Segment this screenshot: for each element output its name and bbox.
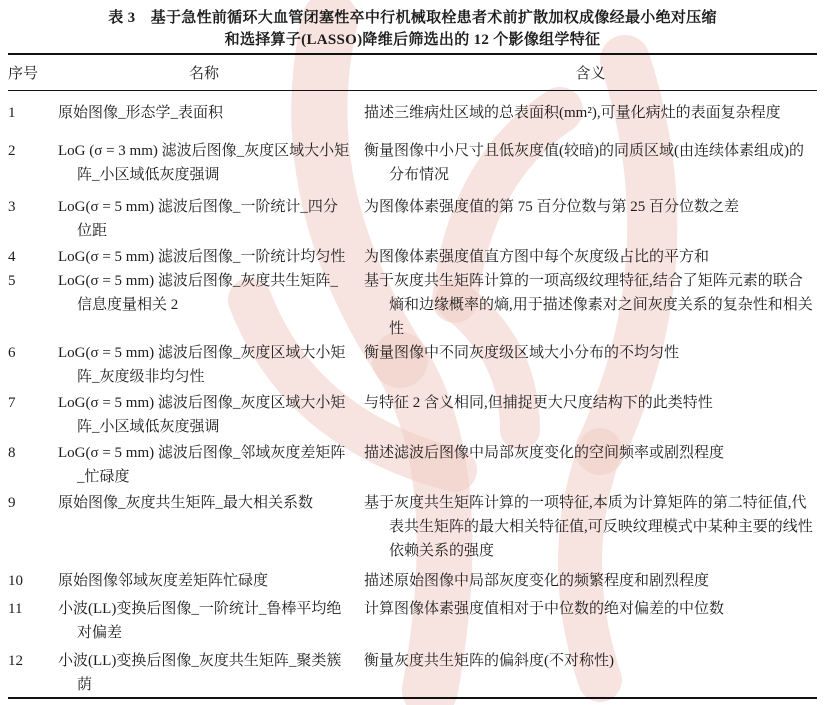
feature-name: 原始图像邻域灰度差矩阵忙碌度: [58, 569, 350, 593]
feature-name: LoG(σ = 5 mm) 滤波后图像_一阶统计均匀性: [58, 245, 350, 269]
feature-meaning: 基于灰度共生矩阵计算的一项高级纹理特征,结合了矩阵元素的联合熵和边缘概率的熵,用…: [364, 269, 817, 341]
row-number: 6: [8, 341, 58, 365]
feature-name: LoG(σ = 5 mm) 滤波后图像_灰度共生矩阵_信息度量相关 2: [58, 269, 350, 317]
feature-name: LoG(σ = 5 mm) 滤波后图像_邻域灰度差矩阵_忙碌度: [58, 441, 350, 489]
feature-meaning: 衡量图像中不同灰度级区域大小分布的不均匀性: [364, 341, 817, 365]
table-row: 10 原始图像邻域灰度差矩阵忙碌度 描述原始图像中局部灰度变化的频繁程度和剧烈程…: [8, 569, 817, 593]
feature-meaning: 衡量图像中小尺寸且低灰度值(较暗)的同质区域(由连续体素组成)的分布情况: [364, 139, 817, 187]
row-number: 2: [8, 139, 58, 163]
table-row: 6 LoG(σ = 5 mm) 滤波后图像_灰度区域大小矩阵_灰度级非均匀性 衡…: [8, 341, 817, 389]
table-row: 9 原始图像_灰度共生矩阵_最大相关系数 基于灰度共生矩阵计算的一项特征,本质为…: [8, 491, 817, 563]
feature-name: 小波(LL)变换后图像_一阶统计_鲁棒平均绝对偏差: [58, 597, 350, 645]
feature-name: LoG(σ = 5 mm) 滤波后图像_一阶统计_四分位距: [58, 195, 350, 243]
table-row: 8 LoG(σ = 5 mm) 滤波后图像_邻域灰度差矩阵_忙碌度 描述滤波后图…: [8, 441, 817, 489]
feature-meaning: 描述原始图像中局部灰度变化的频繁程度和剧烈程度: [364, 569, 817, 593]
table-body: 1 原始图像_形态学_表面积 描述三维病灶区域的总表面积(mm²),可量化病灶的…: [8, 91, 817, 697]
row-number: 5: [8, 269, 58, 293]
feature-meaning: 描述滤波后图像中局部灰度变化的空间频率或剧烈程度: [364, 441, 817, 465]
table-row: 12 小波(LL)变换后图像_灰度共生矩阵_聚类簇荫 衡量灰度共生矩阵的偏斜度(…: [8, 649, 817, 697]
row-number: 12: [8, 649, 58, 673]
table-row: 2 LoG (σ = 3 mm) 滤波后图像_灰度区域大小矩阵_小区域低灰度强调…: [8, 139, 817, 187]
table-caption: 表 3 基于急性前循环大血管闭塞性卒中行机械取栓患者术前扩散加权成像经最小绝对压…: [0, 0, 825, 53]
table-row: 1 原始图像_形态学_表面积 描述三维病灶区域的总表面积(mm²),可量化病灶的…: [8, 101, 817, 125]
column-header-no: 序号: [8, 62, 58, 83]
table-caption-line-1: 表 3 基于急性前循环大血管闭塞性卒中行机械取栓患者术前扩散加权成像经最小绝对压…: [30, 7, 795, 29]
table-row: 3 LoG(σ = 5 mm) 滤波后图像_一阶统计_四分位距 为图像体素强度值…: [8, 195, 817, 243]
table-bottom-rule: [8, 697, 817, 699]
table-row: 5 LoG(σ = 5 mm) 滤波后图像_灰度共生矩阵_信息度量相关 2 基于…: [8, 269, 817, 341]
feature-meaning: 衡量灰度共生矩阵的偏斜度(不对称性): [364, 649, 817, 673]
feature-meaning: 计算图像体素强度值相对于中位数的绝对偏差的中位数: [364, 597, 817, 621]
row-number: 9: [8, 491, 58, 515]
column-header-name: 名称: [58, 62, 350, 83]
feature-name: 原始图像_形态学_表面积: [58, 101, 350, 125]
table-row: 7 LoG(σ = 5 mm) 滤波后图像_灰度区域大小矩阵_小区域低灰度强调 …: [8, 391, 817, 439]
feature-name: LoG(σ = 5 mm) 滤波后图像_灰度区域大小矩阵_小区域低灰度强调: [58, 391, 350, 439]
row-number: 1: [8, 101, 58, 125]
feature-meaning: 与特征 2 含义相同,但捕捉更大尺度结构下的此类特性: [364, 391, 817, 415]
table-header-row: 序号 名称 含义: [8, 55, 817, 90]
table-row: 4 LoG(σ = 5 mm) 滤波后图像_一阶统计均匀性 为图像体素强度值直方…: [8, 245, 817, 269]
feature-name: 原始图像_灰度共生矩阵_最大相关系数: [58, 491, 350, 515]
table-caption-line-2: 和选择算子(LASSO)降维后筛选出的 12 个影像组学特征: [30, 29, 795, 51]
feature-name: LoG (σ = 3 mm) 滤波后图像_灰度区域大小矩阵_小区域低灰度强调: [58, 139, 350, 187]
feature-meaning: 描述三维病灶区域的总表面积(mm²),可量化病灶的表面复杂程度: [364, 101, 817, 125]
row-number: 4: [8, 245, 58, 269]
feature-meaning: 基于灰度共生矩阵计算的一项特征,本质为计算矩阵的第二特征值,代表共生矩阵的最大相…: [364, 491, 817, 563]
feature-meaning: 为图像体素强度值的第 75 百分位数与第 25 百分位数之差: [364, 195, 817, 219]
feature-name: 小波(LL)变换后图像_灰度共生矩阵_聚类簇荫: [58, 649, 350, 697]
table-row: 11 小波(LL)变换后图像_一阶统计_鲁棒平均绝对偏差 计算图像体素强度值相对…: [8, 597, 817, 645]
row-number: 10: [8, 569, 58, 593]
column-header-meaning: 含义: [364, 62, 817, 83]
journal-table-page: 表 3 基于急性前循环大血管闭塞性卒中行机械取栓患者术前扩散加权成像经最小绝对压…: [0, 0, 825, 705]
row-number: 3: [8, 195, 58, 219]
row-number: 7: [8, 391, 58, 415]
feature-name: LoG(σ = 5 mm) 滤波后图像_灰度区域大小矩阵_灰度级非均匀性: [58, 341, 350, 389]
row-number: 11: [8, 597, 58, 621]
feature-meaning: 为图像体素强度值直方图中每个灰度级占比的平方和: [364, 245, 817, 269]
row-number: 8: [8, 441, 58, 465]
